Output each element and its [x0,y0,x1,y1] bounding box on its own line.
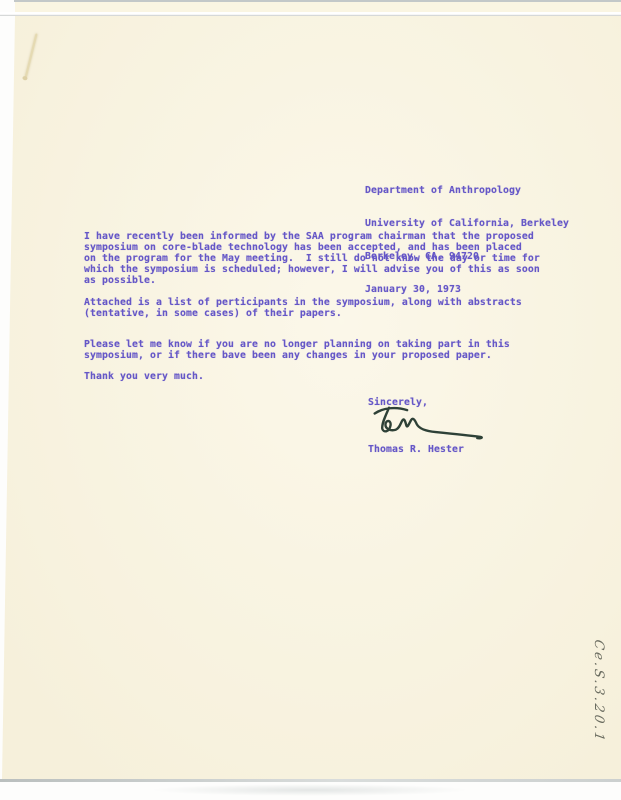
scanned-letter-page: { "document_type": "Scanned typewritten … [0,0,621,800]
letter-paragraph-1: I have recently been informed by the SAA… [84,231,540,286]
letter-paragraph-2: Attached is a list of perticipants in th… [84,297,522,319]
paper-bottom-edge [0,779,621,782]
paper-top-sliver [15,2,621,12]
closing-typed-name: Thomas R. Hester [368,444,464,455]
letter-paragraph-4: Thank you very much. [84,371,204,382]
signature-ink-stroke [375,408,482,438]
scan-bottom-haze [150,784,470,796]
paper-sheet [0,16,621,779]
tom-handwritten-signature [367,403,495,445]
scan-edge-shadow [0,12,621,16]
archival-annotation: Ce.S.3.20.1 [591,638,606,744]
letterhead-line-university: University of California, Berkeley [365,218,569,229]
letter-paragraph-3: Please let me know if you are no longer … [84,339,510,361]
letterhead-line-department: Department of Anthropology [365,185,569,196]
